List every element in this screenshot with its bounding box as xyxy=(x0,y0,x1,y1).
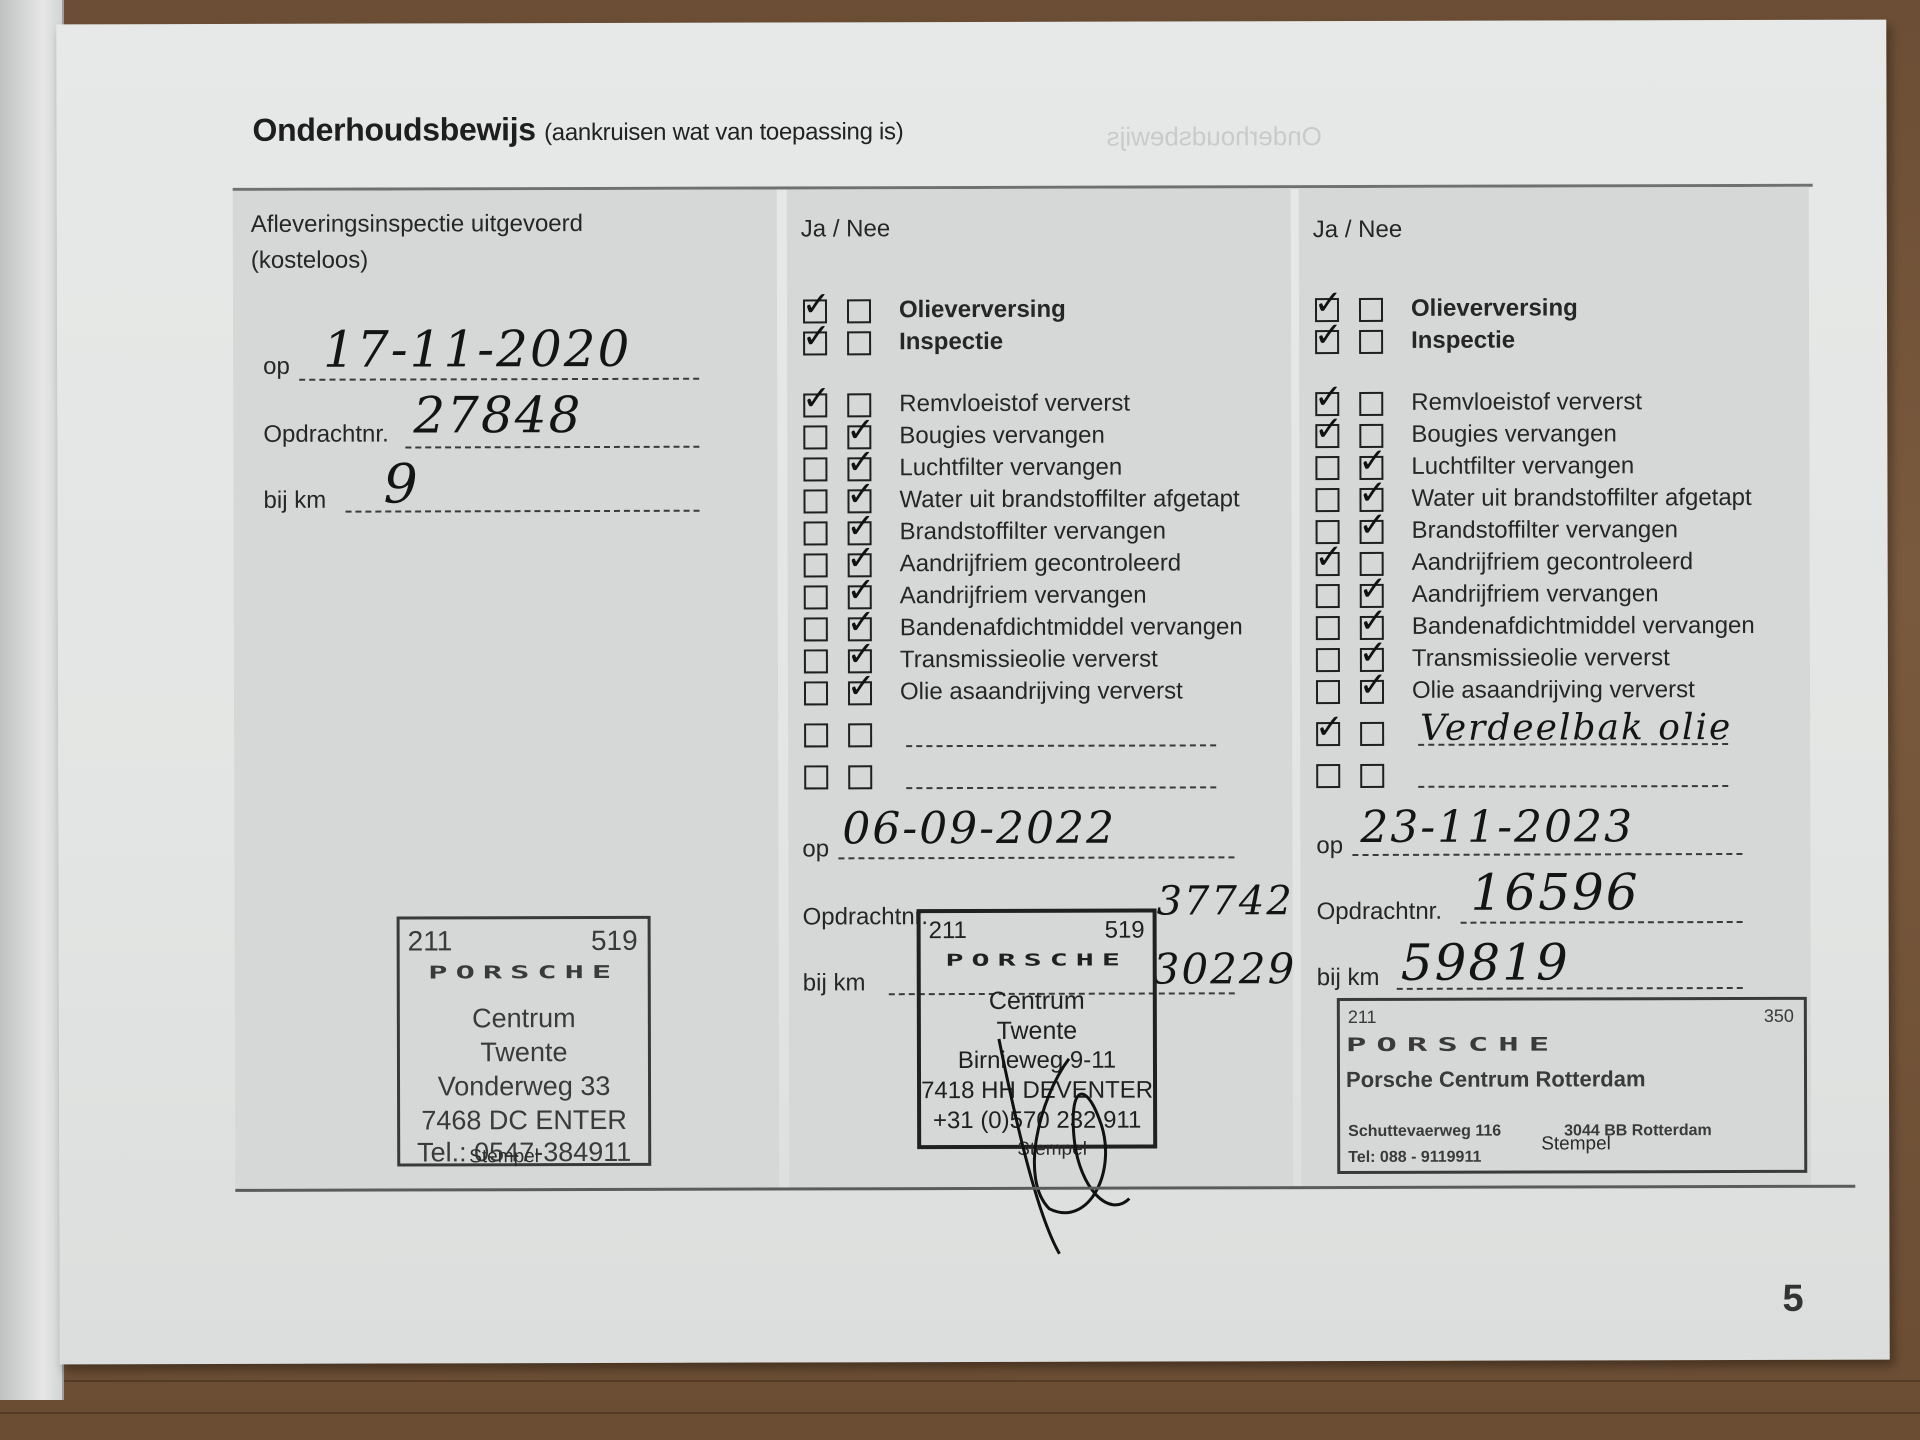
checkbox-nee[interactable] xyxy=(848,681,872,705)
checkbox-nee[interactable] xyxy=(1359,392,1383,416)
service-order-label: Opdrachtnr. xyxy=(803,903,928,931)
stamp-code-right: 519 xyxy=(921,917,1153,946)
blank-item-line xyxy=(1418,785,1728,788)
service-order-label: Opdrachtnr. xyxy=(1317,898,1442,926)
service-date-value: 23-11-2023 xyxy=(1360,801,1634,853)
blank-item-line xyxy=(906,744,1216,747)
signature xyxy=(979,1019,1140,1259)
stamp-code-right: 350 xyxy=(1340,1006,1804,1028)
checkbox-ja[interactable] xyxy=(1316,584,1340,608)
checkbox-ja[interactable] xyxy=(804,765,828,789)
checkbox-ja[interactable] xyxy=(804,585,828,609)
service-km-value: 59819 xyxy=(1401,933,1570,991)
porsche-logo: PORSCHE xyxy=(400,961,648,983)
checkbox-ja[interactable] xyxy=(1316,764,1340,788)
checkbox-ja[interactable] xyxy=(804,681,828,705)
stamp-line: Centrum xyxy=(400,1003,648,1035)
checkbox-ja[interactable] xyxy=(1315,488,1339,512)
checkbox-ja[interactable] xyxy=(1316,680,1340,704)
checkbox-nee[interactable] xyxy=(1360,680,1384,704)
checkbox-ja[interactable] xyxy=(803,393,827,417)
service-item-label: Bougies vervangen xyxy=(899,422,1105,451)
delivery-inspection-column: Afleveringsinspectie uitgevoerd (kostelo… xyxy=(233,190,780,1189)
service-items: OlieverversingInspectieRemvloeistof verv… xyxy=(787,188,1291,189)
checkbox-nee[interactable] xyxy=(1359,298,1383,322)
checkbox-ja[interactable] xyxy=(804,649,828,673)
checkbox-ja[interactable] xyxy=(803,425,827,449)
service-order-value: 16596 xyxy=(1470,863,1639,921)
checkbox-nee[interactable] xyxy=(847,299,871,323)
booklet-page: Onderhoudsbewijs (aankruisen wat van toe… xyxy=(56,20,1890,1365)
checkbox-ja[interactable] xyxy=(803,457,827,481)
service-item-label: Brandstoffilter vervangen xyxy=(900,517,1166,546)
page-number: 5 xyxy=(1782,1278,1803,1321)
service-items: OlieverversingInspectieRemvloeistof verv… xyxy=(1299,187,1809,188)
checkbox-nee[interactable] xyxy=(848,723,872,747)
service-km-label: bij km xyxy=(1317,964,1380,992)
checkbox-ja[interactable] xyxy=(804,723,828,747)
delivery-order-line xyxy=(405,446,699,449)
handwritten-item-label: Verdeelbak olie xyxy=(1420,707,1732,749)
dealer-stamp-twente-enter: 211 519 PORSCHE Centrum Twente Vonderweg… xyxy=(397,916,652,1167)
service-item-label: Luchtfilter vervangen xyxy=(1411,452,1634,481)
delivery-order-value: 27848 xyxy=(413,386,582,444)
service-item-label: Aandrijfriem vervangen xyxy=(1412,580,1659,609)
delivery-date-value: 17-11-2020 xyxy=(323,320,631,379)
delivery-heading-line1: Afleveringsinspectie uitgevoerd xyxy=(251,210,583,239)
checkbox-nee[interactable] xyxy=(1360,722,1384,746)
service-km-value: 30229 xyxy=(1153,944,1297,993)
service-km-label: bij km xyxy=(803,969,866,997)
bleed-through-title: Onderhoudsbewijs xyxy=(1107,121,1322,153)
checkbox-nee[interactable] xyxy=(847,331,871,355)
page-title: Onderhoudsbewijs (aankruisen wat van toe… xyxy=(252,110,903,149)
stamp-dealer-name: Porsche Centrum Rotterdam xyxy=(1340,1066,1804,1093)
checkbox-ja[interactable] xyxy=(1316,616,1340,640)
delivery-order-label: Opdrachtnr. xyxy=(263,421,388,449)
service-date-value: 06-09-2022 xyxy=(842,803,1116,855)
service-item-label: Bandenafdichtmiddel vervangen xyxy=(900,613,1243,642)
title-subtitle: (aankruisen wat van toepassing is) xyxy=(544,118,903,146)
previous-page-edge xyxy=(0,0,64,1400)
checkbox-ja[interactable] xyxy=(1316,722,1340,746)
service-item-label: Transmissieolie ververst xyxy=(1412,644,1670,673)
checkbox-ja[interactable] xyxy=(803,331,827,355)
service-item-label: Water uit brandstoffilter afgetapt xyxy=(899,485,1239,514)
service-item-label: Olieverversing xyxy=(899,296,1066,324)
wood-grain xyxy=(0,1380,1920,1382)
wood-grain xyxy=(0,1412,1920,1414)
stamp-line: Centrum xyxy=(921,987,1153,1017)
service-date-label: op xyxy=(1316,832,1343,860)
service-date-line xyxy=(1352,853,1742,856)
checkbox-ja[interactable] xyxy=(804,553,828,577)
checkbox-ja[interactable] xyxy=(1315,330,1339,354)
checkbox-ja[interactable] xyxy=(1315,456,1339,480)
service-item-label: Olieverversing xyxy=(1411,294,1578,322)
title-main: Onderhoudsbewijs xyxy=(252,111,535,148)
service-item-label: Bandenafdichtmiddel vervangen xyxy=(1412,612,1755,641)
porsche-logo: PORSCHE xyxy=(1340,1033,1804,1056)
stamp-line: Vonderweg 33 xyxy=(400,1071,648,1103)
ja-nee-header: Ja / Nee xyxy=(801,215,890,243)
service-order-value: 37742 xyxy=(1156,878,1293,924)
maintenance-form: Afleveringsinspectie uitgevoerd (kostelo… xyxy=(233,184,1816,1191)
stamp-line: 7468 DC ENTER xyxy=(400,1105,648,1137)
service-item-label: Olie asaandrijving ververst xyxy=(900,677,1183,706)
stamp-code-right: 519 xyxy=(400,925,648,958)
service-item-label: Olie asaandrijving ververst xyxy=(1412,676,1695,705)
service-item-label: Inspectie xyxy=(899,328,1003,356)
delivery-date-label: op xyxy=(263,353,290,381)
stamp-caption: Stempel xyxy=(1541,1133,1611,1155)
checkbox-ja[interactable] xyxy=(1315,424,1339,448)
delivery-heading-line2: (kosteloos) xyxy=(251,247,368,275)
service-item-label: Remvloeistof ververst xyxy=(899,390,1130,419)
porsche-logo: PORSCHE xyxy=(921,950,1153,970)
service-item-label: Remvloeistof ververst xyxy=(1411,388,1642,417)
service-item-label: Transmissieolie ververst xyxy=(900,646,1158,675)
service-item-label: Inspectie xyxy=(1411,327,1515,355)
delivery-km-value: 9 xyxy=(383,452,420,515)
checkbox-nee[interactable] xyxy=(1360,520,1384,544)
service-item-label: Aandrijfriem gecontroleerd xyxy=(900,549,1182,578)
blank-item-line xyxy=(906,786,1216,789)
service-column-2023: Ja / Nee OlieverversingInspectieRemvloei… xyxy=(1299,187,1812,1186)
checkbox-nee[interactable] xyxy=(1359,330,1383,354)
checkbox-ja[interactable] xyxy=(1316,552,1340,576)
service-date-line xyxy=(838,856,1234,859)
checkbox-nee[interactable] xyxy=(1360,764,1384,788)
checkbox-ja[interactable] xyxy=(1316,648,1340,672)
checkbox-ja[interactable] xyxy=(803,489,827,513)
service-item-label: Aandrijfriem vervangen xyxy=(900,582,1147,611)
stamp-line: Twente xyxy=(400,1037,648,1069)
service-item-label: Luchtfilter vervangen xyxy=(899,454,1122,483)
service-item-label: Water uit brandstoffilter afgetapt xyxy=(1411,484,1751,513)
checkbox-ja[interactable] xyxy=(804,521,828,545)
stamp-caption: Stempel xyxy=(469,1146,539,1168)
ja-nee-header: Ja / Nee xyxy=(1313,216,1402,244)
service-item-label: Bougies vervangen xyxy=(1411,420,1617,449)
service-item-label: Brandstoffilter vervangen xyxy=(1412,516,1678,545)
service-item-label: Aandrijfriem gecontroleerd xyxy=(1412,548,1694,577)
service-column-2022: Ja / Nee OlieverversingInspectieRemvloei… xyxy=(787,188,1294,1187)
checkbox-nee[interactable] xyxy=(848,765,872,789)
service-date-label: op xyxy=(802,835,829,863)
delivery-km-label: bij km xyxy=(263,487,326,515)
checkbox-ja[interactable] xyxy=(804,617,828,641)
